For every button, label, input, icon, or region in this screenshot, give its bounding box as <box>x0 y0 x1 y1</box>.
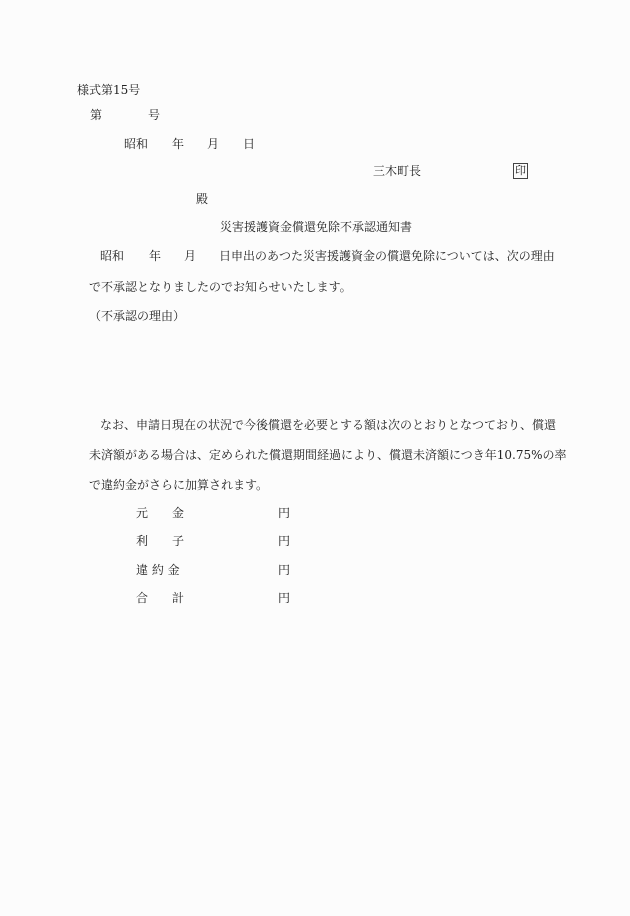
issue-date-month: 月 <box>207 137 219 151</box>
form-number: 様式第15号 <box>77 83 140 97</box>
request-date-year: 年 <box>149 249 161 263</box>
body2-line2: 未済額がある場合は、定められた償還期間経過により、償還未済額につき年10.75%… <box>89 448 567 462</box>
document-title: 災害援護資金償還免除不承認通知書 <box>220 220 412 234</box>
amount-unit-interest: 円 <box>278 534 290 548</box>
reference-number-prefix: 第 <box>90 108 102 122</box>
request-date-month: 月 <box>184 249 196 263</box>
addressee-honorific: 殿 <box>196 192 208 206</box>
request-date-era: 昭和 <box>100 249 124 263</box>
issuer-name: 三木町長 <box>373 164 421 178</box>
body1-line1: 日申出のあつた災害援護資金の償還免除については、次の理由 <box>219 249 555 263</box>
amount-label-penalty: 違 約 金 <box>136 563 180 577</box>
issue-date-year: 年 <box>172 137 184 151</box>
body2-line1: なお、申請日現在の状況で今後償還を必要とする額は次のとおりとなつており、償還 <box>100 418 556 432</box>
amount-label-interest: 利 子 <box>136 534 184 548</box>
body2-line3: で違約金がさらに加算されます。 <box>89 478 268 492</box>
seal-icon: 印 <box>513 163 528 179</box>
amount-label-principal: 元 金 <box>136 506 184 520</box>
body1-line2: で不承認となりましたのでお知らせいたします。 <box>89 280 352 294</box>
reference-number-suffix: 号 <box>148 108 160 122</box>
seal-mark: 印 <box>513 163 528 179</box>
issue-date-day: 日 <box>243 137 255 151</box>
amount-label-total: 合 計 <box>136 591 184 605</box>
amount-unit-principal: 円 <box>278 506 290 520</box>
amount-unit-total: 円 <box>278 591 290 605</box>
amount-unit-penalty: 円 <box>278 563 290 577</box>
issue-date-era: 昭和 <box>124 137 148 151</box>
reason-label: （不承認の理由） <box>89 309 185 323</box>
